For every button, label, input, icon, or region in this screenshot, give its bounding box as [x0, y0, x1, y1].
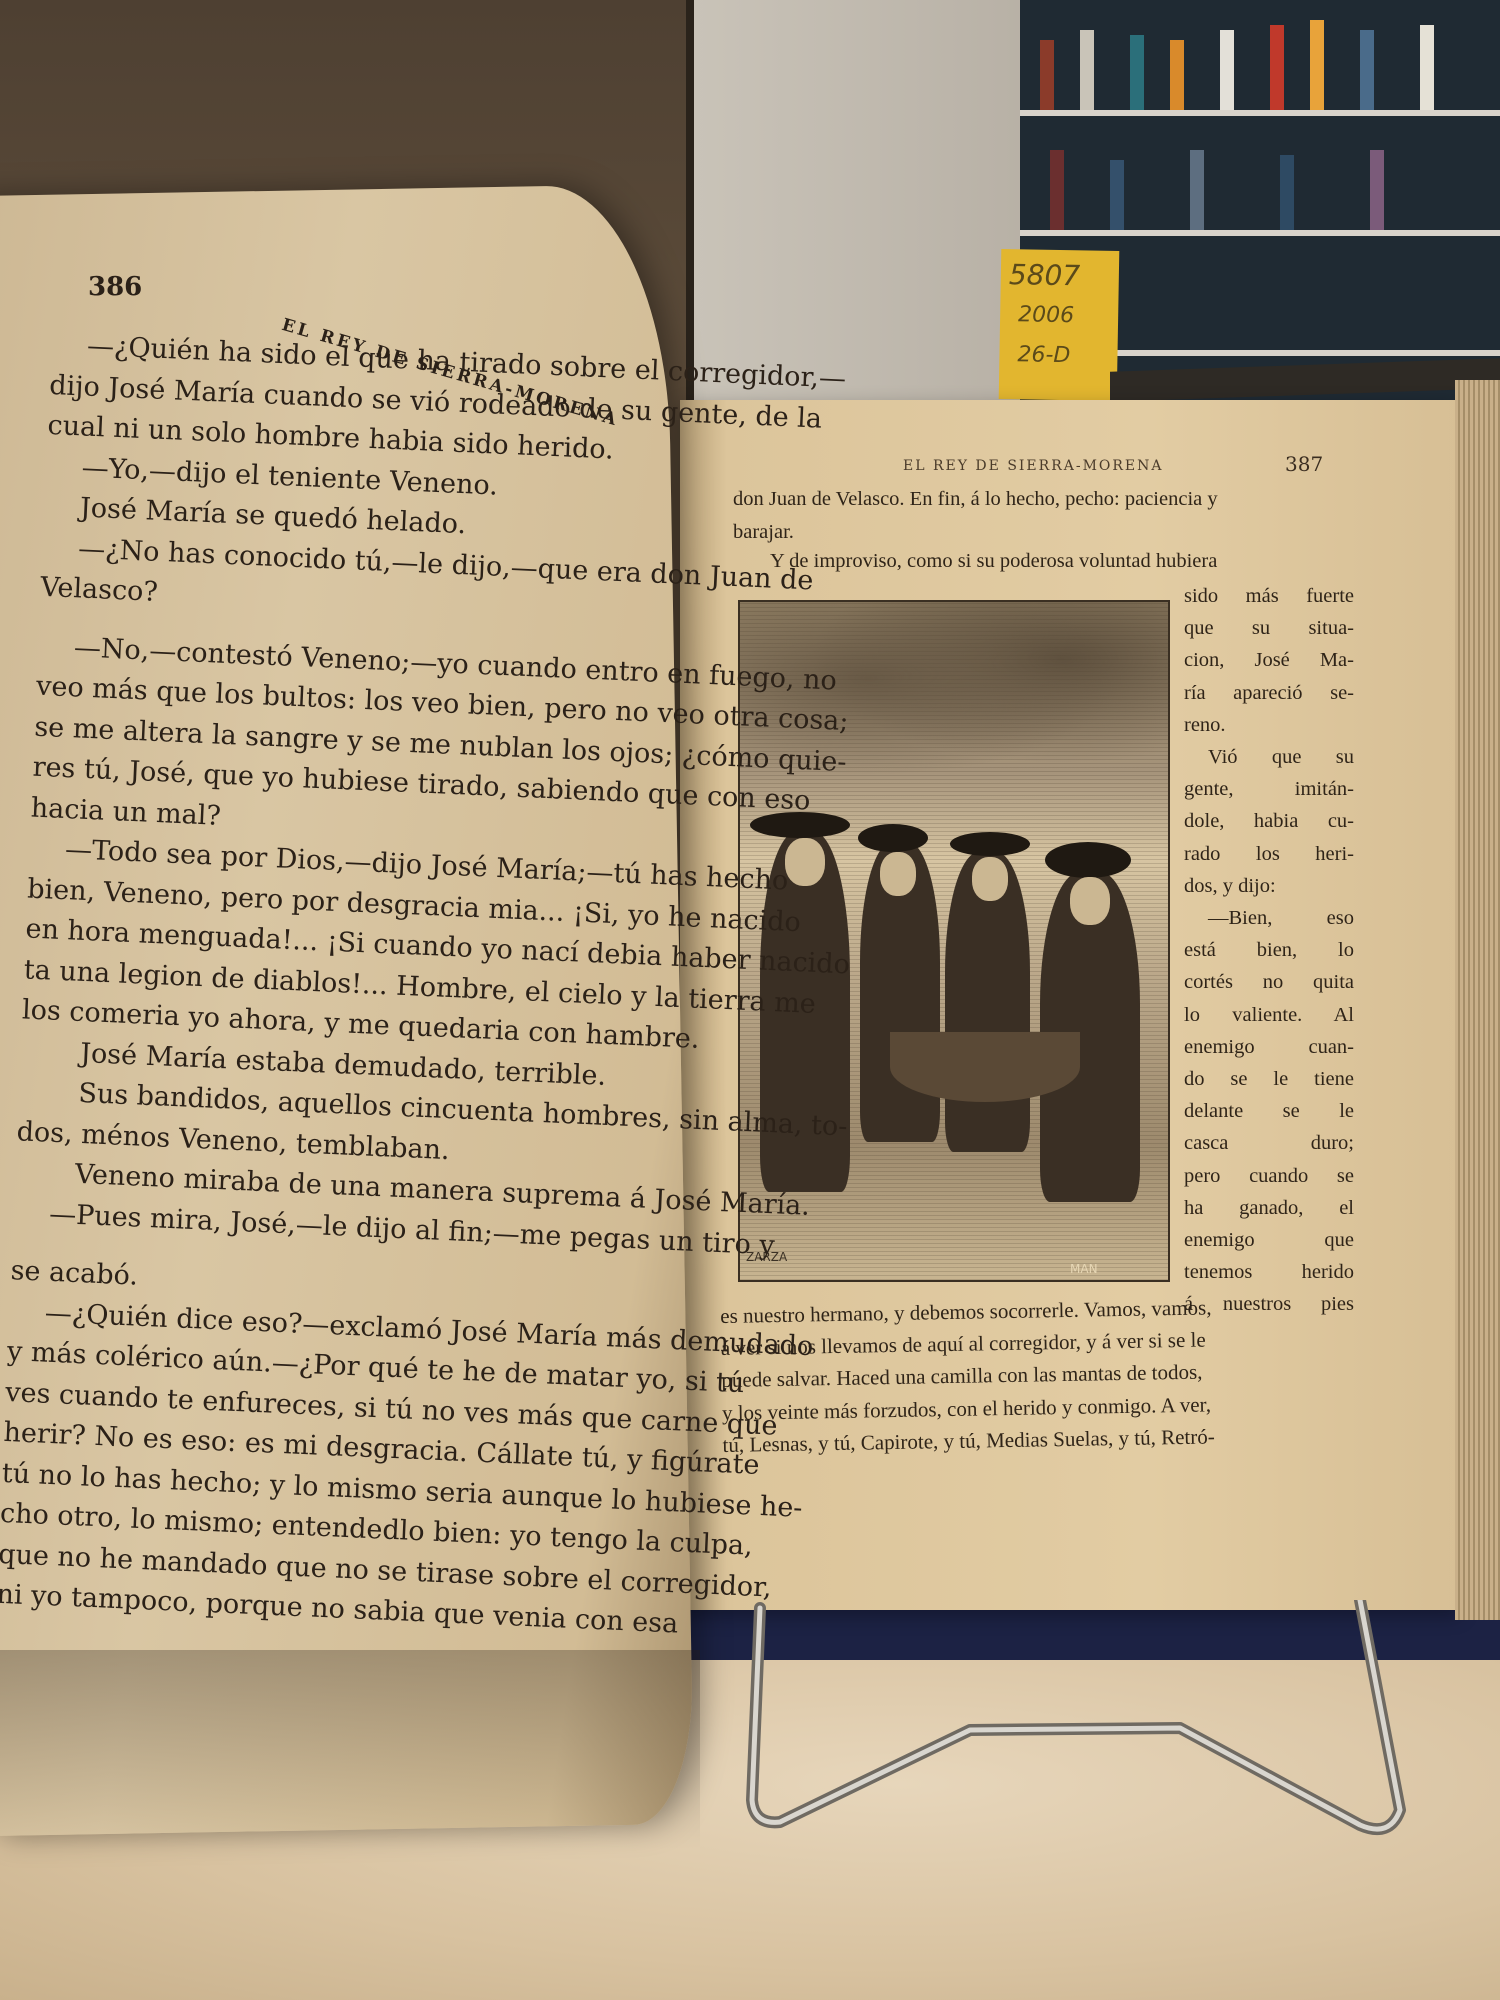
side-line: cortés no quita	[1184, 966, 1354, 998]
side-line: casca duro;	[1184, 1127, 1354, 1159]
side-line: delante se le	[1184, 1095, 1354, 1127]
right-line: don Juan de Velasco. En fin, á lo hecho,…	[733, 488, 1218, 511]
right-line: Y de improviso, como si su poderosa volu…	[770, 550, 1217, 573]
side-line: ría apareció se-	[1184, 677, 1354, 709]
side-line: rado los heri-	[1184, 838, 1354, 870]
bookmark-line-1: 5807	[1009, 255, 1112, 297]
shelf-book	[1360, 30, 1374, 110]
right-side-column: sido más fuerte que su situa- cion, José…	[1184, 580, 1354, 1321]
shelf	[1020, 110, 1500, 116]
shelf-book	[1170, 40, 1184, 110]
side-line: lo valiente. Al	[1184, 999, 1354, 1031]
shelf-book	[1050, 150, 1064, 230]
side-line: sido más fuerte	[1184, 580, 1354, 612]
side-line: ha ganado, el	[1184, 1192, 1354, 1224]
side-line: cion, José Ma-	[1184, 644, 1354, 676]
shelf-book	[1420, 25, 1434, 110]
right-running-header: EL REY DE SIERRA-MORENA	[903, 458, 1164, 474]
hat	[858, 824, 928, 852]
right-bottom-text: es nuestro hermano, y debemos socorrerle…	[720, 1289, 1363, 1461]
hat	[950, 832, 1030, 856]
bookmark-line-2: 2006	[1008, 295, 1111, 337]
left-page-shadow	[0, 1650, 700, 1850]
face	[785, 838, 825, 886]
call-number-bookmark: 5807 2006 26-D	[999, 249, 1120, 401]
shelf-book	[1190, 150, 1204, 230]
side-line: reno.	[1184, 709, 1354, 741]
right-page-number: 387	[1285, 452, 1323, 476]
side-line: dos, y dijo:	[1184, 870, 1354, 902]
face	[972, 857, 1008, 901]
face	[880, 852, 916, 896]
shelf-book	[1110, 160, 1124, 230]
side-line: pero cuando se	[1184, 1160, 1354, 1192]
left-page-text: —¿Quién ha sido el que ha tirado sobre e…	[0, 325, 691, 1643]
shelf-book	[1270, 25, 1284, 110]
side-line: enemigo que	[1184, 1224, 1354, 1256]
side-line: está bien, lo	[1184, 934, 1354, 966]
blanket-stretcher	[890, 1032, 1080, 1102]
shelf	[1020, 230, 1500, 236]
bookmark-line-3: 26-D	[1007, 335, 1110, 377]
shelf-book	[1040, 40, 1054, 110]
page-edges	[1455, 380, 1500, 1620]
background-wall-light	[694, 0, 1020, 420]
side-line: Vió que su	[1184, 741, 1354, 773]
side-line: gente, imitán-	[1184, 773, 1354, 805]
left-page-number: 386	[88, 272, 142, 302]
shelf-book	[1310, 20, 1324, 110]
side-line: —Bien, eso	[1184, 902, 1354, 934]
engraver-signature-right: MAN	[1070, 1262, 1098, 1276]
shelf-book	[1370, 150, 1384, 230]
side-line: do se le tiene	[1184, 1063, 1354, 1095]
shelf-book	[1080, 30, 1094, 110]
right-line: barajar.	[733, 521, 794, 544]
hat	[1045, 842, 1131, 878]
shelf-book	[1280, 155, 1294, 230]
side-line: tenemos herido	[1184, 1256, 1354, 1288]
side-line: que su situa-	[1184, 612, 1354, 644]
face	[1070, 877, 1110, 925]
wire-book-stand	[740, 1600, 1500, 1840]
side-line: enemigo cuan-	[1184, 1031, 1354, 1063]
shelf-book	[1220, 30, 1234, 110]
shelf-book	[1130, 35, 1144, 110]
side-line: dole, habia cu-	[1184, 805, 1354, 837]
engraving-illustration: ZARZA MAN	[738, 600, 1170, 1282]
